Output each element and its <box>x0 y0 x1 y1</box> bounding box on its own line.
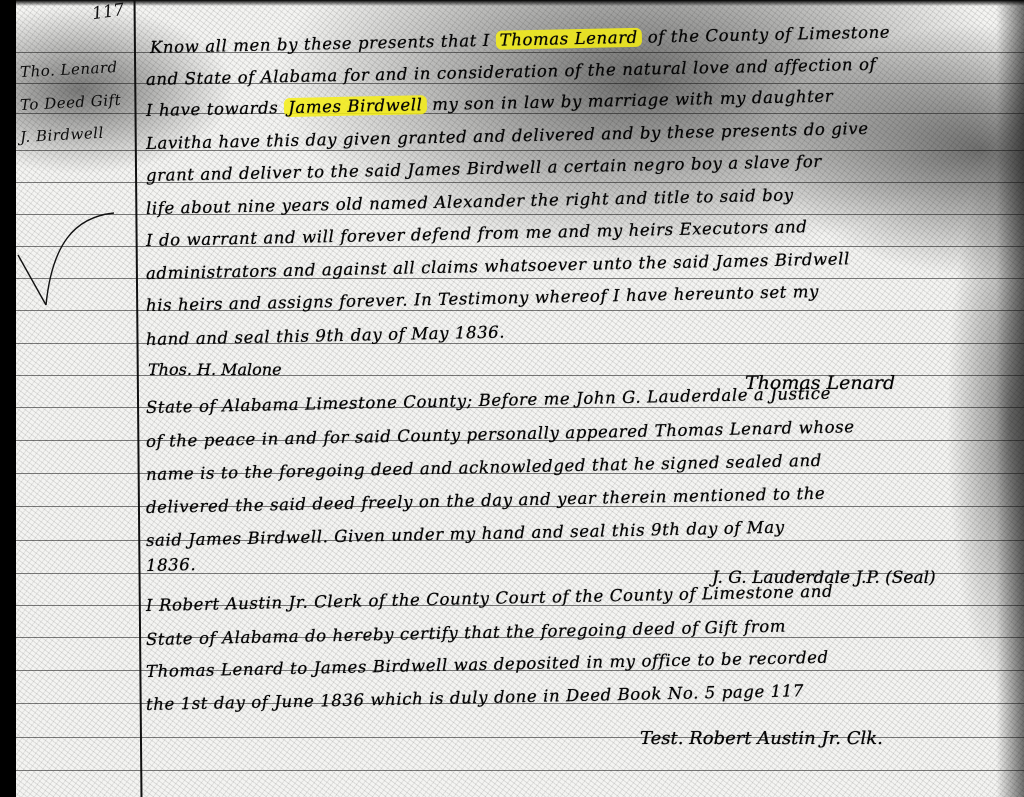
acknowledgment-line: 1836. <box>146 555 197 575</box>
certification-line: the 1st day of June 1836 which is duly d… <box>146 681 804 714</box>
highlighted-name-grantor: Thomas Lenard <box>495 28 642 50</box>
certification-line: State of Alabama do hereby certify that … <box>146 617 786 649</box>
acknowledgment-line: of the peace in and for said County pers… <box>146 417 855 451</box>
deed-text: I have towards <box>146 98 285 120</box>
scan-right-edge <box>996 0 1024 797</box>
deed-text: of the County of Limestone <box>642 22 891 46</box>
clerk-signature: Test. Robert Austin Jr. Clk. <box>640 728 883 749</box>
deed-line: grant and deliver to the said James Bird… <box>146 152 822 185</box>
acknowledgment-line: State of Alabama Limestone County; Befor… <box>146 384 831 417</box>
acknowledgment-line: name is to the foregoing deed and acknow… <box>146 451 822 484</box>
deed-line: hand and seal this 9th day of May 1836. <box>146 322 506 349</box>
deed-text: my son in law by marriage with my daught… <box>426 87 833 115</box>
scan-left-edge <box>0 0 16 797</box>
deed-line: I have towards James Birdwell my son in … <box>146 87 834 120</box>
margin-note-grantor: Tho. Lenard <box>20 57 141 81</box>
certification-line: Thomas Lenard to James Birdwell was depo… <box>146 648 829 681</box>
highlighted-name-grantee: James Birdwell <box>284 95 427 117</box>
page-number: 117 <box>91 0 126 24</box>
deed-line: Lavitha have this day given granted and … <box>146 119 869 153</box>
deed-text: Lavitha have this day given granted and … <box>146 119 869 153</box>
margin-arrow-icon <box>14 205 124 315</box>
acknowledgment-line: delivered the said deed freely on the da… <box>146 484 826 517</box>
margin-rule <box>134 0 142 797</box>
margin-note-grantee: J. Birdwell <box>20 122 141 146</box>
deed-text: hand and seal this 9th day of May 1836. <box>146 322 506 349</box>
deed-record-page: 117 Tho. Lenard To Deed Gift J. Birdwell… <box>0 0 1024 797</box>
certification-line: I Robert Austin Jr. Clerk of the County … <box>146 582 834 615</box>
ruled-line <box>16 770 1024 771</box>
margin-note-deed-type: To Deed Gift <box>20 90 141 114</box>
deed-text: Know all men by these presents that I <box>150 31 496 57</box>
deed-text: grant and deliver to the said James Bird… <box>146 152 822 185</box>
acknowledgment-line: said James Birdwell. Given under my hand… <box>146 518 785 550</box>
scan-top-edge <box>0 0 1024 6</box>
witness-signature: Thos. H. Malone <box>148 360 282 379</box>
